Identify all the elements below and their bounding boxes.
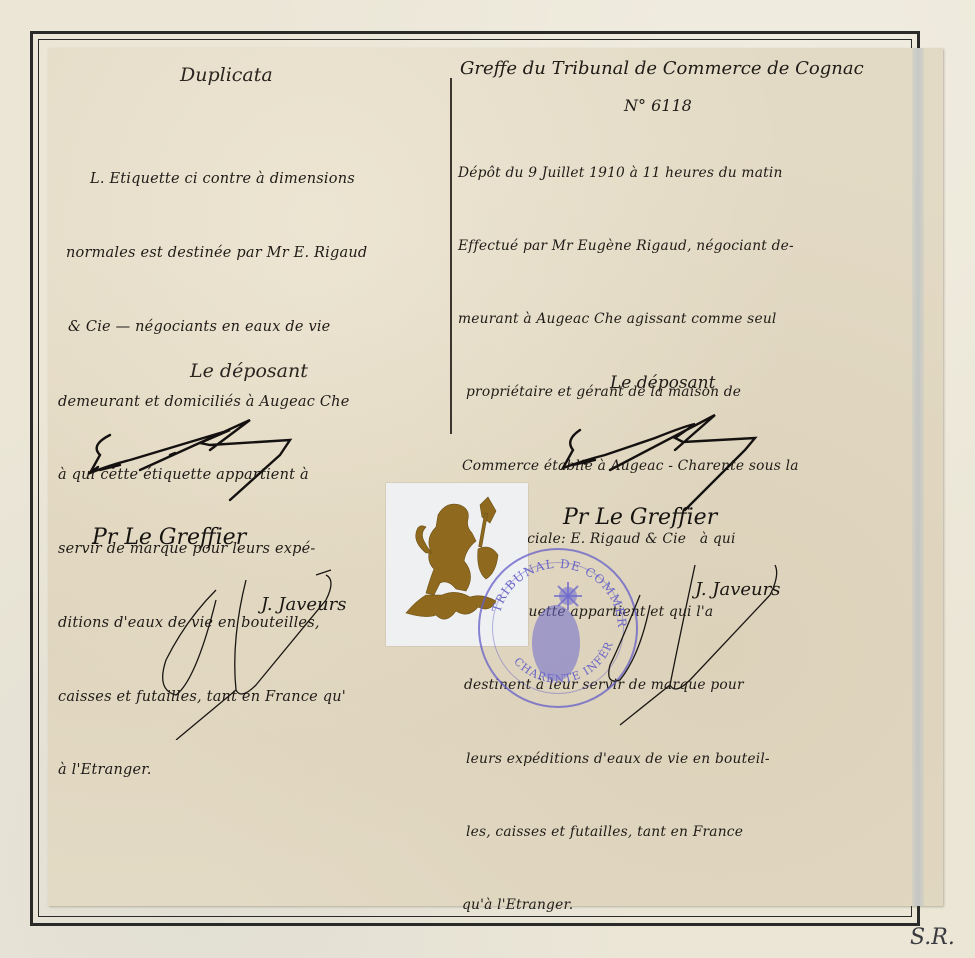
left-greffier-sig-text: J. Javeurs — [257, 594, 346, 615]
right-line: leurs expéditions d'eaux de vie en boute… — [458, 747, 799, 771]
left-line: L. Etiquette ci contre à dimensions — [80, 167, 367, 192]
column-divider — [450, 78, 452, 434]
left-line: normales est destinée par Mr E. Rigaud — [66, 241, 367, 266]
left-title: Duplicata — [180, 64, 273, 86]
right-greffier-signature-icon: J. Javeurs — [600, 555, 820, 735]
left-depositor-signature-icon — [80, 415, 310, 515]
right-greffier-sig-text: J. Javeurs — [691, 579, 780, 600]
right-title: Greffe du Tribunal de Commerce de Cognac — [460, 58, 864, 79]
right-depositor-signature-icon — [555, 410, 785, 520]
right-line: les, caisses et futailles, tant en Franc… — [458, 820, 799, 844]
right-line: meurant à Augeac Che agissant comme seul — [458, 307, 799, 331]
left-depositant-label: Le déposant — [190, 360, 308, 382]
right-line: Dépôt du 9 Juillet 1910 à 11 heures du m… — [458, 161, 799, 185]
right-greffier-label: Pr Le Greffier — [563, 505, 717, 530]
sheet-edge-strip — [912, 48, 924, 906]
left-greffier-signature-icon: J. Javeurs — [86, 540, 376, 740]
left-line: à l'Etranger. — [58, 758, 367, 783]
left-line: & Cie — négociants en eaux de vie — [68, 315, 367, 340]
right-line: Effectué par Mr Eugène Rigaud, négociant… — [458, 234, 799, 258]
margin-initials: S.R. — [910, 925, 955, 950]
left-line: demeurant et domiciliés à Augeac Che — [58, 390, 367, 415]
right-line: qu'à l'Etranger. — [458, 893, 799, 917]
right-depositant-label: Le déposant — [610, 373, 715, 393]
